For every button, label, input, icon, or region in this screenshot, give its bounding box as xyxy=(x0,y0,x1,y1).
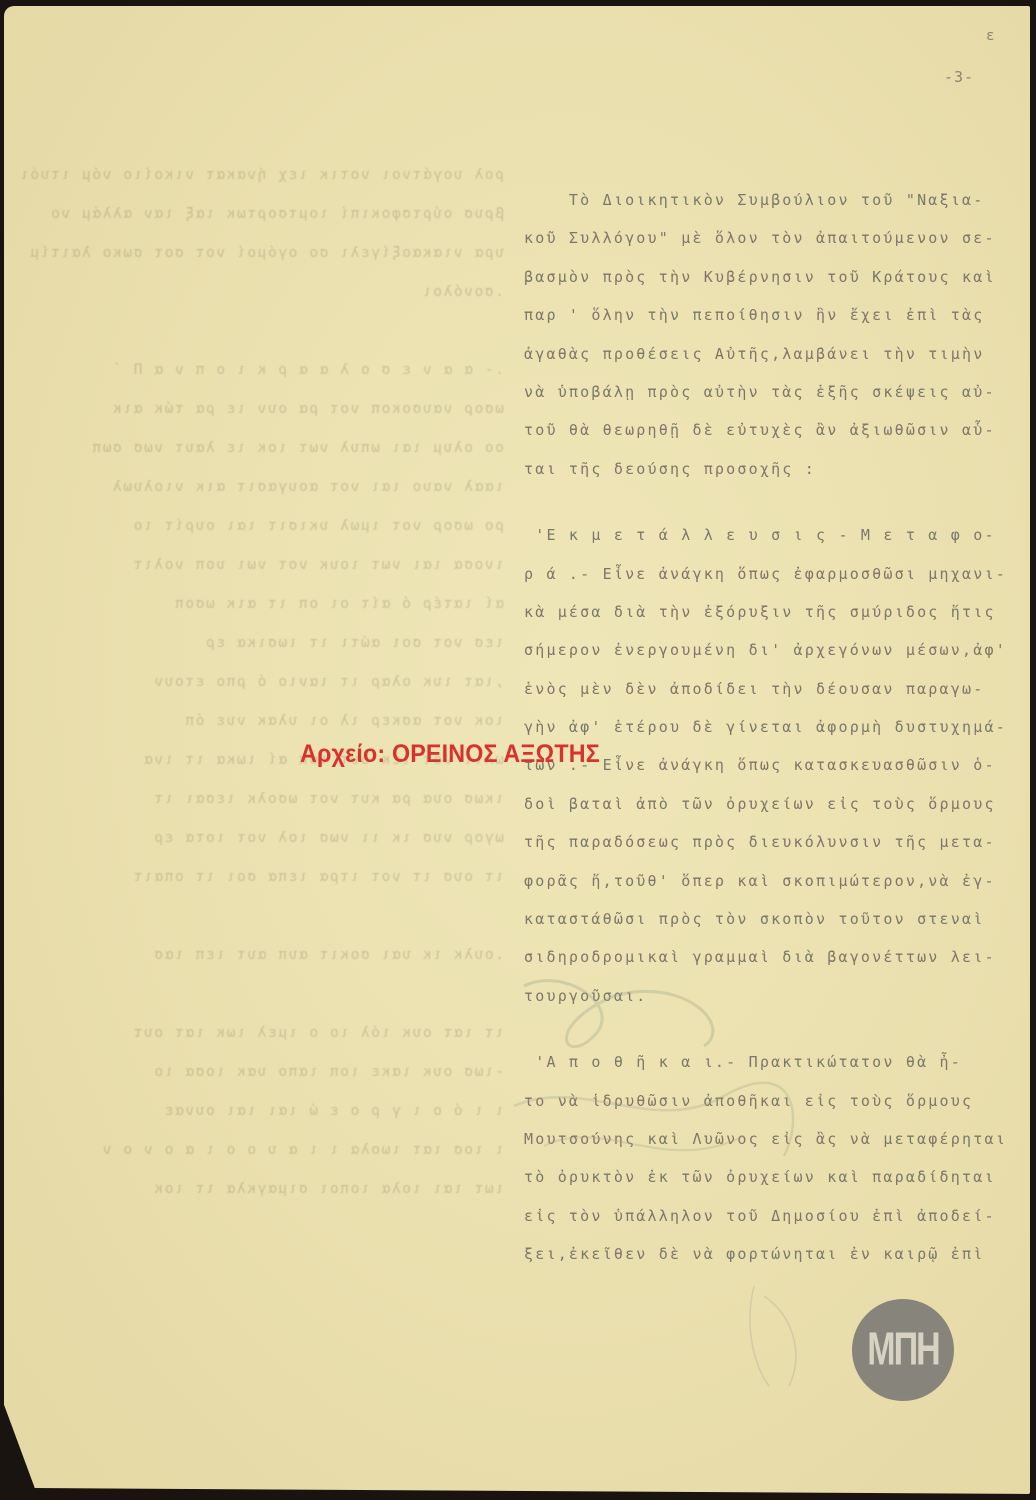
document-page: ρολ υογάτνοι νοτικ ιεχ ήνακατ νικοίιο νό… xyxy=(4,6,1030,1494)
text-line: τῆς παραδόσεως πρὸς διευκόλυνσιν τῆς μετ… xyxy=(524,823,1024,861)
text-line: παρ ' ὅλην τὴν πεποίθησιν ἣν ἔχει ἐπὶ τὰ… xyxy=(524,296,1024,334)
text-line: δοὶ βαταὶ ἀπὸ τῶν ὀρυχείων εἰς τοὺς ὅρμο… xyxy=(524,785,1024,823)
text-line: σήμερον ἐνεργουμένη δι' ἀρχεγόνων μέσων,… xyxy=(524,631,1024,669)
paragraph-warehouses: 'Α π ο θ ῆ κ α ι.- Πρακτικώτατον θὰ ἦ- τ… xyxy=(524,1043,1024,1273)
text-line: ται τῆς δεούσης προσοχῆς : xyxy=(524,450,1024,488)
text-line: τὸ ὀρυκτὸν ἐκ τῶν ὀρυχείων καὶ παραδίδητ… xyxy=(524,1158,1024,1196)
text-line: κὰ μέσα διὰ τὴν ἐξόρυξιν τῆς σμύριδος ἥτ… xyxy=(524,593,1024,631)
archive-stamp-icon: ΜΠΗ xyxy=(852,1299,954,1401)
section-heading-line: 'Ε κ μ ε τ ά λ λ ε υ σ ι ς - Μ ε τ α φ ο… xyxy=(524,516,1024,554)
text-line: φορᾶς ἤ,τοῦθ' ὅπερ καὶ σκοπιμώτερον,νὰ ἐ… xyxy=(524,862,1024,900)
text-line: κοῦ Συλλόγου" μὲ ὅλον τὸν ἀπαιτούμενον σ… xyxy=(524,219,1024,257)
text-line: το νὰ ἱδρυθῶσιν ἀποθῆκαι εἰς τοὺς ὅρμους xyxy=(524,1082,1024,1120)
text-line: τοῦ θὰ θεωρηθῇ δὲ εὐτυχὲς ἂν ἀξιωθῶσιν α… xyxy=(524,411,1024,449)
text-line: σιδηροδρομικαὶ γραμμαὶ διὰ βαγονέττων λε… xyxy=(524,938,1024,976)
reverse-side-bleed-through: ρολ υογάτνοι νοτικ ιεχ ήνακατ νικοίιο νό… xyxy=(24,156,504,1306)
page-number: -3- xyxy=(944,68,974,86)
typed-letter-body: Τὸ Διοικητικὸν Συμβούλιον τοῦ "Ναξια- κο… xyxy=(524,181,1024,1274)
text-line: Τὸ Διοικητικὸν Συμβούλιον τοῦ "Ναξια- xyxy=(524,181,1024,219)
section-heading-line: 'Α π ο θ ῆ κ α ι.- Πρακτικώτατον θὰ ἦ- xyxy=(524,1043,1024,1081)
text-line: ἑνὸς μὲν δὲν ἀποδίδει τὴν δέουσαν παραγω… xyxy=(524,670,1024,708)
text-line: ρ ά .- Εἶνε ἀνάγκη ὅπως ἐφαρμοσθῶσι μηχα… xyxy=(524,555,1024,593)
scan-frame: ρολ υογάτνοι νοτικ ιεχ ήνακατ νικοίιο νό… xyxy=(0,0,1036,1500)
text-line: καταστάθῶσι πρὸς τὸν σκοπὸν τοῦτον στενα… xyxy=(524,900,1024,938)
archive-watermark: Αρχείο: ΟΡΕΙΝΟΣ ΑΞΩΤΗΣ xyxy=(300,740,600,769)
corner-archive-mark: ε xyxy=(986,28,994,44)
text-line: ξει,ἐκεῖθεν δὲ νὰ φορτώνηται ἐν καιρῷ ἐπ… xyxy=(524,1235,1024,1273)
text-line: Μουτσούνης καὶ Λυῶνος εἰς ἃς νὰ μεταφέρη… xyxy=(524,1120,1024,1158)
text-line: τουργοῦσαι. xyxy=(524,977,1024,1015)
text-line: εἰς τὸν ὑπάλληλον τοῦ Δημοσίου ἐπὶ ἀποδε… xyxy=(524,1197,1024,1235)
stamp-label: ΜΠΗ xyxy=(867,1324,938,1377)
text-line: βασμὸν πρὸς τὴν Κυβέρνησιν τοῦ Κράτους κ… xyxy=(524,258,1024,296)
paragraph-intro: Τὸ Διοικητικὸν Συμβούλιον τοῦ "Ναξια- κο… xyxy=(524,181,1024,488)
text-line: νὰ ὑποβάλῃ πρὸς αὐτὴν τὰς ἑξῆς σκέψεις α… xyxy=(524,373,1024,411)
text-line: ἀγαθὰς προθέσεις Αὐτῆς,λαμβάνει τὴν τιμὴ… xyxy=(524,335,1024,373)
